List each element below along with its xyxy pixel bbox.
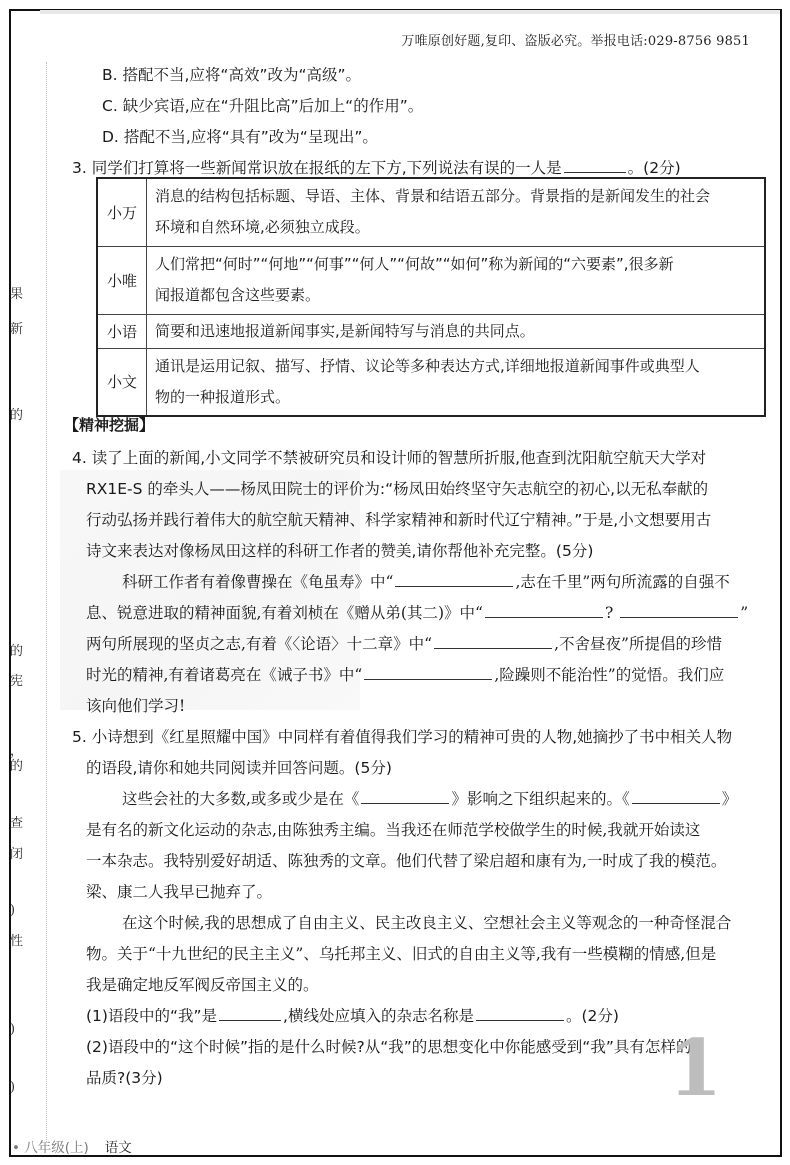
question-text-line: 诗文来表达对像杨凤田这样的科研工作者的赞美,请你帮他补充完整。(5分) [64,536,744,567]
option-text: 缺少宾语,应在“升阻比高”后加上“的作用”。 [123,97,424,115]
margin-glyph: 查 [10,812,23,831]
option-b: B. 搭配不当,应将“高效”改为“高级”。 [64,60,744,91]
sub-question-2-cont: 品质?(3分) [64,1063,744,1094]
option-text: 搭配不当,应将“具有”改为“呈现出”。 [124,128,378,146]
passage-line: 在这个时候,我的思想成了自由主义、民主改良主义、空想社会主义等观念的一种奇怪混合 [64,908,744,939]
answer-blank[interactable] [476,1002,564,1021]
margin-glyph: 宪 [10,670,23,689]
margin-glyph: 闭 [10,843,23,862]
student-name: 小唯 [97,246,147,314]
question-score: 。(2分) [628,159,681,177]
margin-glyph: 新 [10,318,23,337]
passage-text: 科研工作者有着像曹操在《龟虽寿》中“ [122,573,393,591]
passage-line: 我是确定地反军阀反帝国主义的。 [64,970,744,1001]
passage-text: 》影响之下组织起来的。《 [451,790,629,808]
question-5: 5. 小诗想到《红星照耀中国》中同样有着值得我们学习的精神可贵的人物,她摘抄了书… [64,722,744,753]
statement-line: 人们常把“何时”“何地”“何事”“何人”“何故”“如何”称为新闻的“六要素”,很… [155,249,756,280]
table-row: 小语 简要和迅速地报道新闻事实,是新闻特写与消息的共同点。 [97,314,765,348]
statement: 消息的结构包括标题、导语、主体、背景和结语五部分。背景指的是新闻发生的社会环境和… [147,178,766,246]
table-row: 小文 通讯是运用记叙、描写、抒情、议论等多种表达方式,详细地报道新闻事件或典型人… [97,348,765,416]
passage-text: ” [740,604,748,622]
student-name: 小文 [97,348,147,416]
question-number: 3. [72,159,87,177]
passage-line: 梁、康二人我早已抛弃了。 [64,877,744,908]
passage-text: 时光的精神,有着诸葛亮在《诫子书》中“ [86,666,362,684]
statement: 简要和迅速地报道新闻事实,是新闻特写与消息的共同点。 [147,314,766,348]
passage-line: 这些会社的大多数,或多或少是在《》影响之下组织起来的。《》 [64,784,744,815]
top-strip [40,10,780,14]
question-text: 小诗想到《红星照耀中国》中同样有着值得我们学习的精神可贵的人物,她摘抄了书中相关… [92,728,732,746]
margin-glyph: 的 [10,640,23,659]
option-label: D. [102,128,119,146]
option-d: D. 搭配不当,应将“具有”改为“呈现出”。 [64,122,744,153]
margin-glyph: 果 [10,283,23,302]
binding-line [46,62,47,1142]
sub-question-score: 。(2分) [566,1007,619,1025]
passage-text: ,志在千里”两句所流露的自强不 [515,573,729,591]
question-text: 读了上面的新闻,小文同学不禁被研究员和设计师的智慧所折服,他查到沈阳航空航天大学… [92,449,706,467]
passage-text: 这些会社的大多数,或多或少是在《 [122,790,359,808]
question-text-line: 的语段,请你和她共同阅读并回答问题。(5分) [64,753,744,784]
passage-line: 一本杂志。我特别爱好胡适、陈独秀的文章。他们代替了梁启超和康有为,一时成了我的模… [64,846,744,877]
passage-line: 息、锐意进取的精神面貌,有着刘桢在《赠从弟(其二)》中“? ” [64,598,744,629]
option-label: C. [102,97,118,115]
grade-label: • 八年级(上) [12,1140,89,1156]
statement-line: 简要和迅速地报道新闻事实,是新闻特写与消息的共同点。 [155,316,756,347]
option-label: B. [102,66,118,84]
question-number: 5. [72,728,87,746]
statement-line: 闻报道都包含这些要素。 [155,280,756,311]
student-name: 小万 [97,178,147,246]
margin-glyph: ) [10,1022,15,1037]
passage-line: 是有名的新文化运动的杂志,由陈独秀主编。当我还在师范学校做学生的时候,我就开始读… [64,815,744,846]
statement: 人们常把“何时”“何地”“何事”“何人”“何故”“如何”称为新闻的“六要素”,很… [147,246,766,314]
answer-blank[interactable] [395,568,513,587]
answer-blank[interactable] [219,1002,281,1021]
sub-question-text: (1)语段中的“我”是 [86,1007,217,1025]
passage-text: ,不舍昼夜”所提倡的珍惜 [554,635,722,653]
option-c: C. 缺少宾语,应在“升阻比高”后加上“的作用”。 [64,91,744,122]
answer-blank[interactable] [434,630,552,649]
passage-line: 两句所展现的坚贞之志,有着《〈论语〉十二章》中“,不舍昼夜”所提倡的珍惜 [64,629,744,660]
margin-glyph: ) [10,903,15,918]
margin-glyph: 的 [10,755,23,774]
sub-question-1: (1)语段中的“我”是,横线处应填入的杂志名称是。(2分) [64,1001,744,1032]
answer-blank[interactable] [564,154,626,173]
content: B. 搭配不当,应将“高效”改为“高级”。 C. 缺少宾语,应在“升阻比高”后加… [64,60,744,184]
question-text: 同学们打算将一些新闻常识放在报纸的左下方,下列说法有误的一人是 [92,159,562,177]
statement-line: 环境和自然环境,必须独立成段。 [155,212,756,243]
student-name: 小语 [97,314,147,348]
statement: 通讯是运用记叙、描写、抒情、议论等多种表达方式,详细地报道新闻事件或典型人物的一… [147,348,766,416]
question-text-line: 行动弘扬并践行着伟大的航空航天精神、科学家精神和新时代辽宁精神。”于是,小文想要… [64,505,744,536]
passage-text: 两句所展现的坚贞之志,有着《〈论语〉十二章》中“ [86,635,432,653]
passage-text: ,险躁则不能治性”的觉悟。我们应 [494,666,724,684]
statement-line: 通讯是运用记叙、描写、抒情、议论等多种表达方式,详细地报道新闻事件或典型人 [155,351,756,382]
question-4: 4. 读了上面的新闻,小文同学不禁被研究员和设计师的智慧所折服,他查到沈阳航空航… [64,443,744,474]
footer: • 八年级(上)语文 [12,1136,132,1156]
answer-blank[interactable] [620,599,738,618]
question-number: 4. [72,449,87,467]
passage-line: 时光的精神,有着诸葛亮在《诫子书》中“,险躁则不能治性”的觉悟。我们应 [64,660,744,691]
page-number: 1 [668,1030,722,1108]
sub-question-2: (2)语段中的“这个时候”指的是什么时候?从“我”的思想变化中你能感受到“我”具… [64,1032,744,1063]
passage-line: 科研工作者有着像曹操在《龟虽寿》中“,志在千里”两句所流露的自强不 [64,567,744,598]
copyright-notice: 万唯原创好题,复印、盗版必究。举报电话:029-8756 9851 [401,30,750,49]
subject-label: 语文 [105,1140,132,1156]
margin-glyph: 性 [10,930,23,949]
table-row: 小万 消息的结构包括标题、导语、主体、背景和结语五部分。背景指的是新闻发生的社会… [97,178,765,246]
answer-blank[interactable] [361,785,449,804]
passage-text: 息、锐意进取的精神面貌,有着刘桢在《赠从弟(其二)》中“ [86,604,483,622]
answer-blank[interactable] [485,599,603,618]
option-text: 搭配不当,应将“高效”改为“高级”。 [123,66,362,84]
passage-text: ? [605,604,613,622]
passage-line: 该向他们学习! [64,691,744,722]
margin-glyph: 的 [10,404,23,423]
statement-line: 物的一种报道形式。 [155,382,756,413]
question-text-line: RX1E-S 的牵头人——杨凤田院士的评价为:“杨凤田始终坚守矢志航空的初心,以… [64,474,744,505]
content-lower: 【精神挖掘】 4. 读了上面的新闻,小文同学不禁被研究员和设计师的智慧所折服,他… [64,412,744,1094]
sub-question-text: ,横线处应填入的杂志名称是 [283,1007,474,1025]
margin-glyph: ) [10,1080,15,1095]
news-knowledge-table: 小万 消息的结构包括标题、导语、主体、背景和结语五部分。背景指的是新闻发生的社会… [96,177,766,417]
statement-line: 消息的结构包括标题、导语、主体、背景和结语五部分。背景指的是新闻发生的社会 [155,181,756,212]
answer-blank[interactable] [632,785,720,804]
passage-text: 》 [722,790,738,808]
section-title: 【精神挖掘】 [64,412,744,438]
passage-line: 物。关于“十九世纪的民主主义”、乌托邦主义、旧式的自由主义等,我有一些模糊的情感… [64,939,744,970]
answer-blank[interactable] [364,661,492,680]
table-row: 小唯 人们常把“何时”“何地”“何事”“何人”“何故”“如何”称为新闻的“六要素… [97,246,765,314]
